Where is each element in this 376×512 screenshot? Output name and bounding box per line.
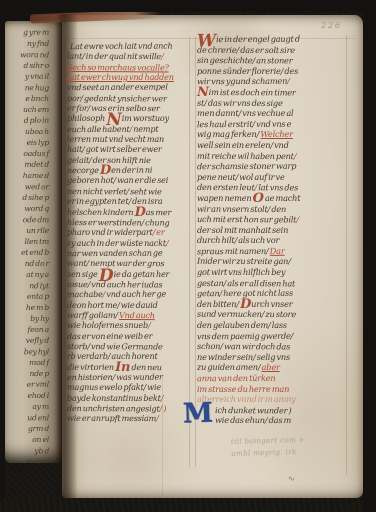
previous-page-text-line: eis lyp xyxy=(20,137,49,148)
previous-page-text-line: y vna il xyxy=(20,71,49,82)
text-segment: ne winder sein/ selig vns xyxy=(197,352,290,362)
manuscript-text-line: wig mag ferken/ Welcher xyxy=(197,129,349,140)
text-segment: hiess er werstinden/ chung xyxy=(67,217,170,227)
text-segment: wie das ehun/ das m xyxy=(215,415,291,425)
text-segment: getan/ here got nicht lass xyxy=(197,288,293,299)
previous-page-text-line: llen tm xyxy=(20,236,49,247)
manuscript-text-line: ne winder sein/ selig vns xyxy=(197,352,349,363)
previous-page-text-line: ay m xyxy=(20,401,49,412)
lombard-initial: D xyxy=(100,163,111,178)
text-segment: euch alle habent xyxy=(67,124,130,134)
manuscript-text-line: pharo vnd ir widerpart/ er xyxy=(67,227,191,237)
text-segment: geboren hot/ wan er die sei xyxy=(67,175,168,185)
manuscript-text-line: wapen nemen O ae macht xyxy=(197,193,349,204)
previous-page-text-line: feon a xyxy=(20,324,49,335)
previous-page-text-line: d sihr o xyxy=(20,60,49,71)
manuscript-text-line: warff goliam/ Vnd auch xyxy=(67,310,191,321)
text-segment: lat vns des xyxy=(257,183,298,193)
text-segment: necorge xyxy=(67,165,100,175)
manuscript-text-line: euch alle habent/ nempt xyxy=(67,123,191,134)
text-segment: vns dem paemig gwerde/ xyxy=(197,330,293,341)
manuscript-text-line: wir an vnsern stolt/ den xyxy=(197,203,349,214)
manuscript-text-line: deon hort me/ wie dauid xyxy=(67,300,191,310)
previous-page-text-line: nd do r xyxy=(20,258,49,269)
text-segment: ie in der engel gaugt d xyxy=(216,34,300,44)
text-segment: der sol mit manhait sein xyxy=(197,225,288,235)
manuscript-text-line: pene neut/ wol auf ir ve xyxy=(197,172,349,183)
manuscript-text-line: wie das ehun/ das m xyxy=(197,415,349,426)
text-segment: well sein ein erelen/ vnd xyxy=(197,140,289,150)
previous-page-text-line: by hy xyxy=(20,313,49,324)
manuscript-text-line: alterreich vnnd ir in amny xyxy=(197,394,349,405)
text-segment: uch mit erst hon sur gebilt xyxy=(197,214,296,224)
text-segment: wir an vnsern stolt/ den xyxy=(197,203,286,213)
text-segment: ae macht xyxy=(264,193,301,203)
previous-page-text-line: grm d xyxy=(20,423,49,434)
text-segment: en der in ni xyxy=(111,165,152,175)
text-segment: ponne sünder florerie/ des xyxy=(197,66,298,76)
left-text-column: (Lat ewre voch lait vnd anchlant/ in der… xyxy=(67,41,191,424)
previous-page-text-line: ne hug xyxy=(20,82,49,93)
manuscript-text-line: want/ nempt war der gros xyxy=(67,258,191,269)
text-segment: wapen nemen xyxy=(197,193,253,203)
previous-page-text-line: et end b xyxy=(20,247,49,258)
photo-border-top xyxy=(0,0,376,12)
manuscript-text-line: wie holofernes snueb/ xyxy=(67,320,191,330)
previous-page-text-line: d sihe p xyxy=(20,192,49,203)
pencil-annotation: till bomgert com + umbl meyrig. irk xyxy=(231,435,306,460)
previous-page-text-line: vefly d xyxy=(20,335,49,346)
previous-page-text-line: on el xyxy=(20,434,49,445)
manuscript-text-line: das er von eine weib er xyxy=(67,330,191,341)
text-segment: por/ gedankt ynsicher wer xyxy=(67,93,167,103)
previous-page-text-line: uch em xyxy=(20,104,49,115)
text-segment: storb/ vnd wie Germande xyxy=(67,341,163,351)
text-segment: philosoph xyxy=(67,113,106,123)
pencil-annotation-line2: umbl meyrig. irk xyxy=(231,447,305,460)
previous-page-text-line: yb d xyxy=(20,445,49,456)
text-segment: wie er anrupft messiam xyxy=(67,413,156,423)
manuscript-text-line: bayde konstantinus bekt/ xyxy=(67,393,191,403)
text-segment: got wirt vns hilflich bey xyxy=(197,267,285,277)
previous-page-text-line: nd lyt xyxy=(20,280,49,291)
previous-page-text-line: ud enl xyxy=(20,412,49,423)
text-segment: sund vermucken/ zu store xyxy=(197,309,296,319)
text-segment: hait/ got wirt selber ewer xyxy=(67,144,162,154)
manuscript-text-line: de chrerie/ das er solt sire xyxy=(197,44,349,55)
text-segment: wie holofernes snueb xyxy=(67,320,148,330)
text-segment: den ersten leut xyxy=(197,182,255,192)
manuscript-text-line: men dannt/ vns vechue al xyxy=(197,108,349,119)
manuscript-text-line: uch mit erst hon sur gebilt/ xyxy=(197,214,349,225)
text-segment: im ist es doch ein timer xyxy=(209,87,296,97)
text-segment: machabe xyxy=(67,289,103,299)
manuscript-text-line: im strasse du herre man xyxy=(197,384,349,395)
text-segment: im strasse du herre man xyxy=(197,384,289,394)
text-segment: vnd auch her ge xyxy=(105,289,166,299)
manuscript-text-line: Nim ist es doch ein timer xyxy=(197,87,349,98)
manuscript-text-line: den ersten leut/ lat vns des xyxy=(197,182,349,193)
manuscript-text-line: got wirt vns hilflich bey xyxy=(197,267,349,278)
text-segment: Inider wir zu streite gan/ xyxy=(197,256,291,266)
manuscript-text-line: geboren hot/ wan er die sei xyxy=(67,175,191,185)
text-segment: nempt xyxy=(132,123,158,133)
text-segment: aber xyxy=(262,362,280,372)
text-segment: / xyxy=(156,413,159,423)
text-segment: les haul erstrit/ vnd vns e xyxy=(197,118,291,128)
previous-page-text-line: bey hyl xyxy=(20,346,49,357)
text-segment: / ) xyxy=(160,403,167,413)
previous-page-text-line: at ny a xyxy=(20,269,49,280)
manuscript-text-line: well sein ein erelen/ vnd xyxy=(197,140,349,151)
text-segment: pene neut/ wol auf ir ve xyxy=(197,172,285,182)
manuscript-text-line: (Lat ewre voch lait vnd anch xyxy=(67,40,191,51)
manuscript-photo: g yre mny fndwora ndd sihr oy vna ilne h… xyxy=(0,0,376,512)
text-segment: bayde konstantinus bekt xyxy=(67,393,161,403)
text-segment: / xyxy=(296,214,299,224)
manuscript-text-line: Sech so morchaus vocalle? xyxy=(67,62,191,73)
text-segment: Lat ewre voch lait vnd anch xyxy=(70,41,173,52)
text-segment: den bitten/ xyxy=(197,299,240,309)
text-segment: ie da getan her xyxy=(114,269,170,279)
previous-page-text-line: wed or xyxy=(20,181,49,192)
text-segment: helschen kindern xyxy=(67,206,135,216)
text-segment: vnd seet an ander exempel xyxy=(67,82,168,93)
text-segment: den gelauben dem/ lass xyxy=(197,320,287,330)
manuscript-text-line: lant/ in der qual nit swille/ xyxy=(67,51,191,62)
text-segment: st/ das wir vns des sige xyxy=(197,97,283,107)
manuscript-text-line: les haul erstrit/ vnd vns e xyxy=(197,118,349,129)
manuscript-text-line: storb/ vnd wie Germande xyxy=(67,341,191,352)
previous-page-text-line: ny fnd xyxy=(20,38,49,49)
photo-border-left xyxy=(0,0,5,512)
manuscript-text-line: lerren mut vnd vecht man xyxy=(67,134,191,144)
text-segment: / xyxy=(161,51,164,61)
manuscript-text-line: helschen kindern Das mer xyxy=(67,206,191,217)
photo-border-right xyxy=(363,0,376,512)
text-segment: men dannt/ vns vechue al xyxy=(197,108,293,118)
folio-number: 226 xyxy=(321,21,342,31)
manuscript-text-line: hiess er werstinden/ chung xyxy=(67,217,191,228)
manuscript-text-line: der sol mit manhait sein xyxy=(197,225,349,236)
text-segment: lerren mut vnd vecht man xyxy=(67,134,164,144)
text-segment: nar wen vanden schan ge xyxy=(67,248,162,258)
text-segment: Welcher xyxy=(260,129,292,139)
text-segment: sen sige xyxy=(67,269,99,279)
manuscript-text-line: der schamsie stoner warp xyxy=(197,161,349,172)
text-segment: en historien/ was wunder xyxy=(67,372,163,383)
blue-lombard-initial: M xyxy=(183,399,214,427)
text-segment: magnus ewelo pfakt/ wie xyxy=(67,382,161,392)
manuscript-text-line: wie er anrupft messiam/ xyxy=(67,413,191,424)
text-segment: sy auch in der wüste nackt xyxy=(67,238,166,248)
text-segment: den neu xyxy=(130,362,162,372)
text-segment: das er von eine weib er xyxy=(67,330,152,340)
text-segment: / xyxy=(166,238,169,248)
text-segment: er in egypten tet/ den isra xyxy=(67,196,163,206)
photo-border-bottom xyxy=(0,498,376,512)
previous-page-text-line: un rlle xyxy=(20,225,49,236)
text-segment: im worstuoy xyxy=(122,113,169,123)
previous-page-text-line: mod f xyxy=(20,357,49,368)
text-segment: / xyxy=(161,393,164,403)
manuscript-text-line: st/ das wir vns des sige xyxy=(197,97,349,108)
previous-page-text-line: ode dm xyxy=(20,214,49,225)
previous-page-text-line: oadus f xyxy=(20,148,49,159)
manuscript-text-line: den gelauben dem/ lass xyxy=(197,320,349,331)
text-segment: as mer xyxy=(146,207,172,217)
manuscript-text-line: schon/ wan wir doch das xyxy=(197,341,349,352)
text-segment: Dar xyxy=(270,246,285,256)
text-segment: Lat ewer chwug vnd hadden xyxy=(67,72,174,82)
text-segment: zu guiden amen/ xyxy=(197,362,262,372)
manuscript-text-line: anna van den türken xyxy=(197,372,349,383)
manuscript-text-line: machabe/ vnd auch her ge xyxy=(67,289,191,300)
manuscript-text-line: er in egypten tet/ den isra xyxy=(67,196,191,206)
text-segment: die virtorien xyxy=(67,361,115,371)
text-segment: pharo vnd ir widerpart xyxy=(67,227,153,237)
manuscript-text-line: wir vns ygund schamen/ xyxy=(197,76,349,87)
previous-page-text-line: enta p xyxy=(20,291,49,302)
previous-page-text: g yre mny fndwora ndd sihr oy vna ilne h… xyxy=(20,27,49,463)
manuscript-text-line: necorge Den der in ni xyxy=(67,165,191,176)
manuscript-text-line: en historien/ was wunder xyxy=(67,371,191,382)
text-segment: deon hort me/ wie dauid xyxy=(67,300,158,310)
text-segment: / er xyxy=(153,227,165,237)
previous-page-text-line: hame d xyxy=(20,170,49,181)
text-segment: ich dunket wunder ) xyxy=(215,405,292,415)
previous-page-text-line: er vml xyxy=(20,379,49,390)
previous-page-text-line: mdet d xyxy=(20,159,49,170)
text-segment: wig mag ferken/ xyxy=(197,129,260,139)
text-segment: wir vns ygund schamen xyxy=(197,76,287,86)
manuscript-text-line: getan/ here got nicht lass xyxy=(197,288,349,299)
text-segment: warff goliam/ xyxy=(67,310,119,320)
manuscript-text-line: sund vermucken/ zu store xyxy=(197,309,349,320)
manuscript-text-line: magnus ewelo pfakt/ wie xyxy=(67,382,191,392)
manuscript-text-line: er for/ was er in selbo ser xyxy=(67,103,191,114)
pencil-squiggle-mark: ∿ xyxy=(287,474,295,484)
manuscript-text-line: durch hilt/ als uch vor xyxy=(197,235,349,246)
right-text-column: Wie in der engel gaugt dde chrerie/ das … xyxy=(197,34,349,426)
manuscript-text-line: vnd seet an ander exempel xyxy=(67,82,191,93)
text-segment: sin geschichte/ an stoner xyxy=(197,55,292,65)
text-segment: / xyxy=(294,151,297,161)
manuscript-text-line: nar wen vanden schan ge xyxy=(67,247,191,258)
text-segment: schon/ wan wir doch das xyxy=(197,341,290,351)
text-segment: anna van den türken xyxy=(197,373,275,383)
manuscript-text-line: nen nicht verlet/ seht wie xyxy=(67,186,191,197)
previous-page-sliver: g yre mny fndwora ndd sihr oy vna ilne h… xyxy=(5,21,62,463)
text-segment: nen nicht verlet/ seht wie xyxy=(67,186,162,196)
text-segment: de chrerie/ das er solt sire xyxy=(197,44,295,54)
text-segment: lant/ in der qual nit swille xyxy=(67,51,161,61)
manuscript-text-line: hait/ got wirt selber ewer xyxy=(67,144,191,154)
text-segment: / xyxy=(287,76,290,86)
previous-page-text-line: wora nd xyxy=(20,49,49,60)
text-segment: want/ nempt war der gros xyxy=(67,258,164,268)
text-segment: er for/ was er in selbo ser xyxy=(67,103,160,113)
previous-page-text-line: ziwied xyxy=(20,456,49,463)
manuscript-text-line: sin geschichte/ an stoner xyxy=(197,55,349,66)
manuscript-text-line: Inider wir zu streite gan/ xyxy=(197,256,349,267)
text-segment: urch vnser xyxy=(251,299,292,309)
text-segment: mit reiche wil haben pent xyxy=(197,150,294,160)
text-segment: / xyxy=(148,320,151,330)
previous-page-text-line: e bnch xyxy=(20,93,49,104)
previous-page-text-line: nde p xyxy=(20,368,49,379)
manuscript-text-line: Wie in der engel gaugt d xyxy=(197,33,349,44)
text-segment: durch hilt/ als uch vor xyxy=(197,235,279,245)
text-segment: der schamsie stoner warp xyxy=(197,161,296,172)
previous-page-text-line: d plo in xyxy=(20,115,49,126)
previous-page-text-line: g yre m xyxy=(20,27,49,38)
text-segment: spraus mit namen/ xyxy=(197,246,270,256)
previous-page-text-line: word q xyxy=(20,203,49,214)
manuscript-text-line: sen sige Die da getan her xyxy=(67,269,191,279)
previous-page-text-line: ehod l xyxy=(20,390,49,401)
manuscript-text-line: vns dem paemig gwerde/ xyxy=(197,330,349,341)
previous-page-text-line: he m b xyxy=(20,302,49,313)
text-segment: Vnd auch xyxy=(119,310,155,320)
previous-page-text-line: uboa h xyxy=(20,126,49,137)
manuscript-text-line: sy auch in der wüste nackt/ xyxy=(67,238,191,248)
text-segment: Sech so morchaus vocalle? xyxy=(67,62,169,72)
text-segment: rb verdarb/ auch horent xyxy=(67,351,158,361)
manuscript-text-line: philosoph Nim worstuoy xyxy=(67,113,191,123)
text-segment: gestan/ als er all disen hat xyxy=(197,278,295,288)
